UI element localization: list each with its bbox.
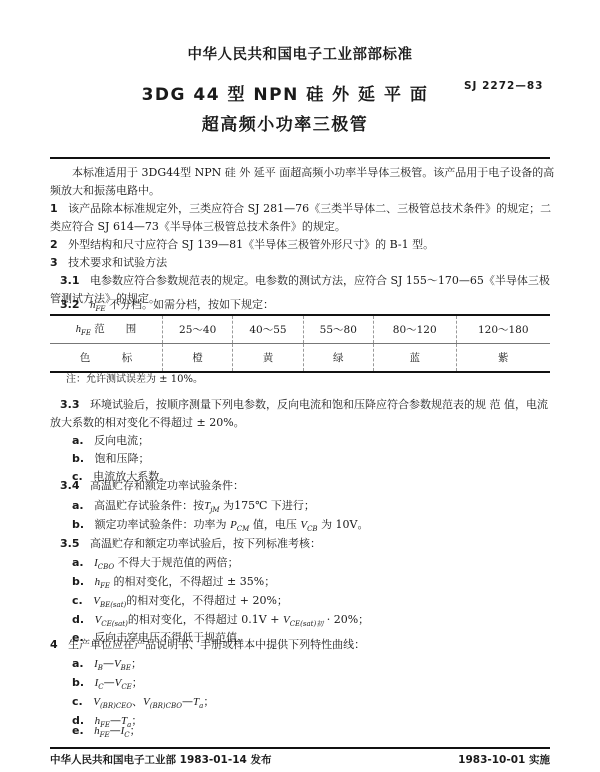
- item-label: a.: [72, 556, 84, 569]
- hfe-subscript: FE: [100, 731, 110, 739]
- item-text: 不得大于规范值的两倍；: [118, 556, 239, 569]
- table-cell: 黄: [233, 344, 303, 373]
- table-note: 注：允许测试误差为 ± 10%。: [66, 371, 203, 389]
- section-3: 3 技术要求和试验方法: [50, 254, 167, 272]
- section-4: 4 生产单位应在产品说明书、手册或样本中提供下列特性曲线：: [50, 636, 365, 654]
- table-row-color: 色 标 橙 黄 绿 蓝 紫: [50, 344, 550, 373]
- item-label: d.: [72, 613, 84, 626]
- header-divider: [50, 157, 550, 159]
- section-text: 不分档。如需分档，按如下规定：: [109, 298, 274, 311]
- ta-subscript: a: [199, 702, 203, 710]
- vbrceo-symbol: V: [93, 696, 100, 708]
- item-text: 高温贮存试验条件：按: [94, 499, 204, 512]
- table-cell: 80～120: [373, 315, 456, 344]
- issuing-organization: 中华人民共和国电子工业部部标准: [0, 43, 600, 64]
- icbo-subscript: CBO: [98, 563, 114, 571]
- section-number: 2: [50, 238, 58, 251]
- vcb-subscript: CB: [307, 525, 318, 533]
- section-text: 高温贮存和额定功率试验后，按下列标准考核：: [90, 537, 321, 550]
- section-number: 3.4: [60, 479, 80, 492]
- item-text: 值，电压: [253, 518, 297, 531]
- item-label: c.: [72, 695, 83, 708]
- vbrcbo-symbol: V: [143, 696, 150, 708]
- item-label: c.: [72, 594, 83, 607]
- list-item: b. 饱和压降；: [72, 450, 150, 468]
- item-text: 的相对变化，不得超过 ± 35%；: [114, 575, 276, 588]
- item-text: 反向电流；: [94, 434, 149, 447]
- ic-subscript: C: [98, 683, 103, 691]
- table-cell: 120～180: [456, 315, 550, 344]
- document-title-line2: 超高频小功率三极管: [0, 110, 600, 135]
- table-cell: 橙: [163, 344, 233, 373]
- section-number: 3.1: [60, 274, 80, 287]
- table-cell: 40～55: [233, 315, 303, 344]
- pcm-subscript: CM: [237, 525, 250, 533]
- item-label: b.: [72, 452, 84, 465]
- section-text: 电参数应符合参数规范表的规定。电参数的测试方法，应符合 SJ 155～170—6…: [90, 274, 550, 287]
- item-text: 的相对变化，不得超过 0.1V +: [128, 613, 283, 626]
- vbe-subscript: BE: [121, 664, 131, 672]
- section-number: 3.3: [60, 398, 80, 411]
- list-item: a. 反向电流；: [72, 432, 149, 450]
- section-text: 该产品除本标准规定外，三类应符合 SJ 281—76《三类半导体二、三极管总技术…: [68, 202, 551, 215]
- intro-line1: 本标准适用于 3DG44型 NPN 硅 外 延平 面超高频小功率半导体三极管。该…: [72, 164, 554, 182]
- issue-date: 中华人民共和国电子工业部 1983-01-14 发布: [50, 752, 271, 767]
- table-cell: 55～80: [303, 315, 373, 344]
- section-number: 4: [50, 638, 58, 651]
- section-3-3-cont: 放大系数的相对变化不得超过 ± 20%。: [50, 414, 245, 432]
- table-cell: 紫: [456, 344, 550, 373]
- section-number: 3.2: [60, 298, 80, 311]
- table-cell: 25～40: [163, 315, 233, 344]
- hfe-color-code-table: hFE 范 围 25～40 40～55 55～80 80～120 120～180…: [50, 314, 550, 373]
- section-number: 3: [50, 256, 58, 269]
- section-3-5: 3.5 高温贮存和额定功率试验后，按下列标准考核：: [60, 535, 321, 553]
- item-label: e.: [72, 724, 84, 737]
- ic-subscript: C: [124, 731, 129, 739]
- section-text: 生产单位应在产品说明书、手册或样本中提供下列特性曲线：: [68, 638, 365, 651]
- table-header-color: 色 标: [50, 344, 163, 373]
- vbe-symbol: V: [114, 658, 121, 670]
- table-row-range: hFE 范 围 25～40 40～55 55～80 80～120 120～180: [50, 315, 550, 344]
- range-label: 范 围: [94, 323, 136, 335]
- section-number: 3.5: [60, 537, 80, 550]
- tjm-subscript: jM: [210, 506, 219, 514]
- ib-subscript: B: [98, 664, 103, 672]
- intro-line2: 频放大和振荡电路中。: [50, 182, 160, 200]
- section-1-cont: 类应符合 SJ 614—73《半导体三极管总技术条件》的规定。: [50, 218, 346, 236]
- section-3-1: 3.1 电参数应符合参数规范表的规定。电参数的测试方法，应符合 SJ 155～1…: [60, 272, 550, 290]
- item-label: a.: [72, 434, 84, 447]
- hfe-subscript: FE: [100, 582, 110, 590]
- item-label: a.: [72, 657, 84, 670]
- section-heading: 技术要求和试验方法: [68, 256, 167, 269]
- table-header-range: hFE 范 围: [50, 315, 163, 344]
- item-text: 额定功率试验条件：功率为: [95, 518, 227, 531]
- item-text: · 20%；: [327, 613, 369, 626]
- item-text: 饱和压降；: [95, 452, 150, 465]
- vbesat-symbol: V: [93, 595, 100, 607]
- footer-divider: [50, 747, 550, 749]
- item-text: 为 10V。: [321, 518, 368, 531]
- item-text: 的相对变化，不得超过 + 20%；: [126, 594, 288, 607]
- item-label: b.: [72, 575, 84, 588]
- item-label: b.: [72, 676, 84, 689]
- hfe-subscript: FE: [96, 305, 106, 313]
- item-label: b.: [72, 518, 84, 531]
- section-text: 外型结构和尺寸应符合 SJ 139—81《半导体三极管外形尺寸》的 B-1 型。: [68, 238, 434, 251]
- table-cell: 绿: [303, 344, 373, 373]
- section-number: 1: [50, 202, 58, 215]
- table-cell: 蓝: [373, 344, 456, 373]
- document-title-line1: 3DG 44 型 NPN 硅 外 延 平 面: [0, 80, 600, 105]
- vbrceo-subscript: (BR)CEO: [100, 702, 132, 710]
- list-item: e. hFE—IC；: [72, 722, 141, 744]
- section-1: 1 该产品除本标准规定外，三类应符合 SJ 281—76《三类半导体二、三极管总…: [50, 200, 551, 218]
- section-3-4: 3.4 高温贮存和额定功率试验条件：: [60, 477, 244, 495]
- vcesat-subscript: CE(sat): [101, 620, 128, 628]
- section-text: 高温贮存和额定功率试验条件：: [90, 479, 244, 492]
- item-label: a.: [72, 499, 84, 512]
- vcesat-initial-symbol: V: [283, 614, 290, 626]
- section-3-3: 3.3 环境试验后，按顺序测量下列电参数，反向电流和饱和压降应符合参数规范表的规…: [60, 396, 548, 414]
- section-text: 环境试验后，按顺序测量下列电参数，反向电流和饱和压降应符合参数规范表的规 范 值…: [90, 398, 548, 411]
- vbrcbo-subscript: (BR)CBO: [150, 702, 182, 710]
- hfe-subscript: FE: [81, 330, 91, 338]
- vbesat-subscript: BE(sat): [100, 601, 126, 609]
- section-2: 2 外型结构和尺寸应符合 SJ 139—81《半导体三极管外形尺寸》的 B-1 …: [50, 236, 434, 254]
- vce-subscript: CE: [121, 683, 131, 691]
- vcesat-initial-subscript: CE(sat)初: [290, 620, 324, 628]
- pcm-symbol: P: [230, 519, 237, 531]
- item-text: 为175℃ 下进行；: [223, 499, 315, 512]
- effective-date: 1983-10-01 实施: [458, 752, 550, 767]
